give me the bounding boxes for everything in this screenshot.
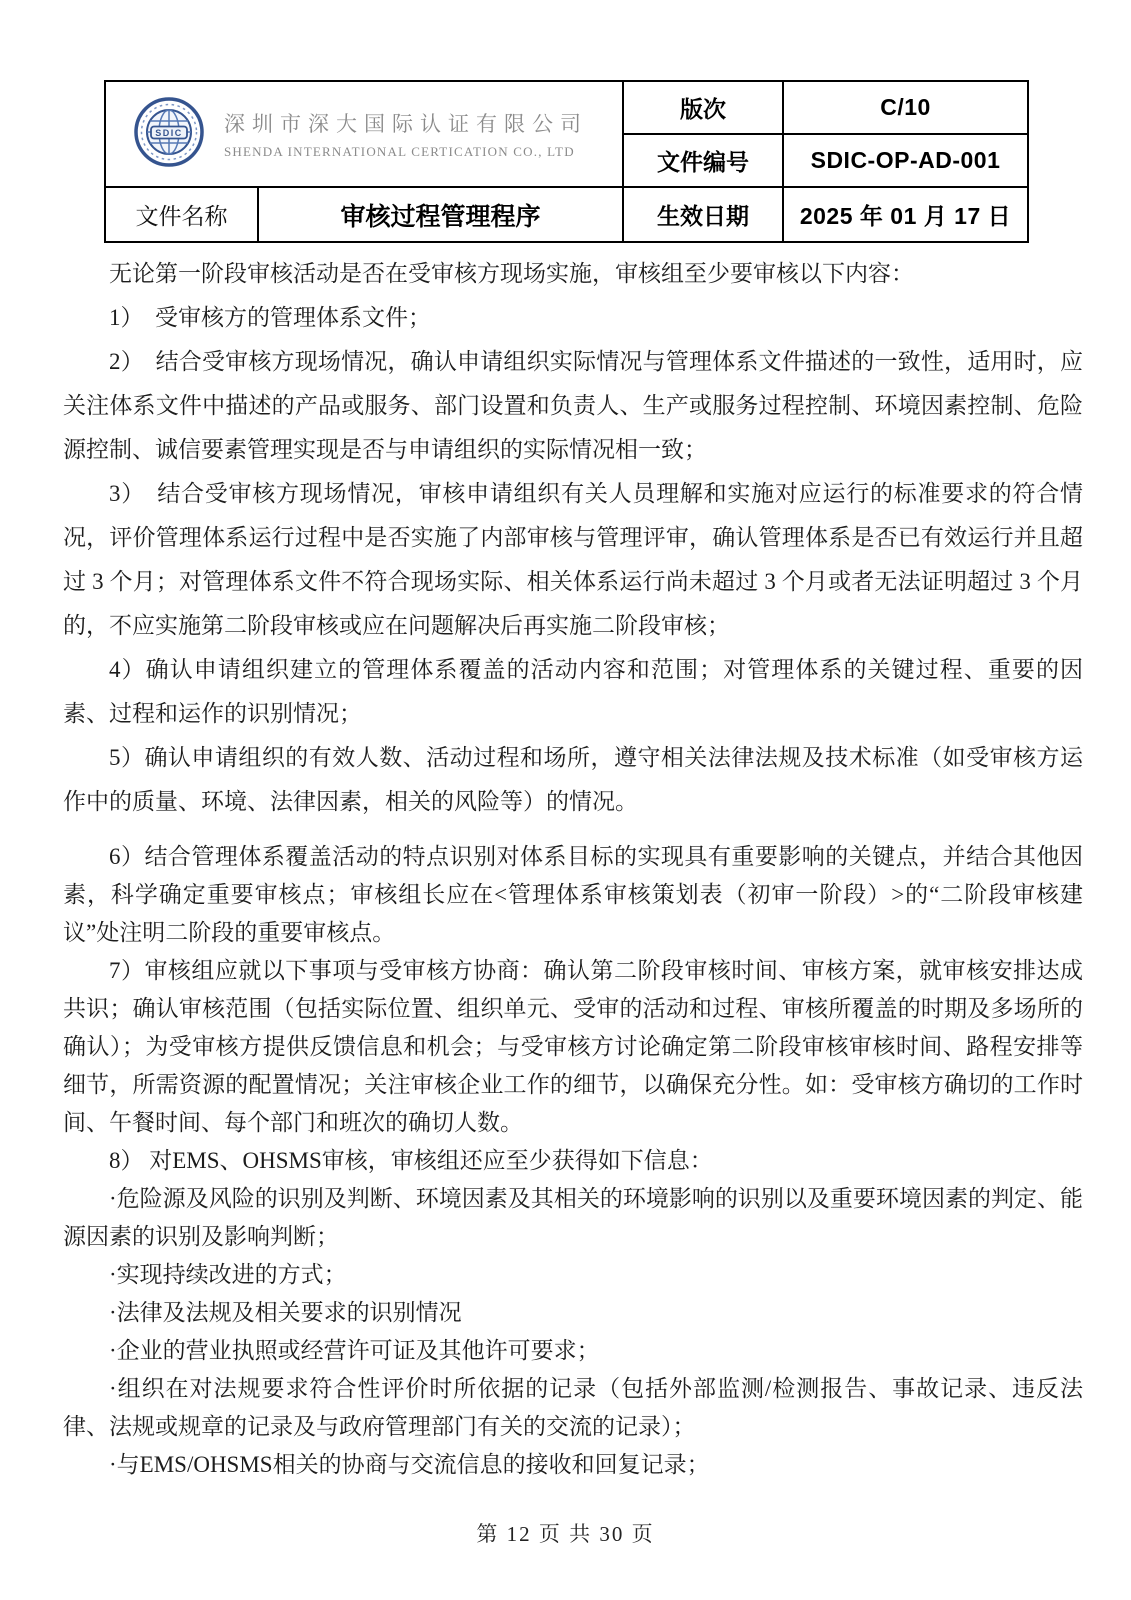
bullet-item-6: ·与EMS/OHSMS相关的协商与交流信息的接收和回复记录； xyxy=(63,1446,1083,1484)
version-label: 版次 xyxy=(623,81,783,134)
document-header-table: SDIC 深圳市深大国际认证有限公司 SHENDA INTERNATIONAL … xyxy=(104,80,1029,243)
company-brand-cell: SDIC 深圳市深大国际认证有限公司 SHENDA INTERNATIONAL … xyxy=(105,81,623,187)
globe-icon: SDIC xyxy=(132,95,206,174)
list-item-1: 1） 受审核方的管理体系文件； xyxy=(63,296,1083,340)
doc-title: 审核过程管理程序 xyxy=(258,187,623,242)
list-item-4: 4）确认申请组织建立的管理体系覆盖的活动内容和范围；对管理体系的关键过程、重要的… xyxy=(63,648,1083,736)
intro-paragraph: 无论第一阶段审核活动是否在受审核方现场实施，审核组至少要审核以下内容： xyxy=(63,252,1083,296)
doc-number-label: 文件编号 xyxy=(623,134,783,187)
company-name-en: SHENDA INTERNATIONAL CERTICATION CO., LT… xyxy=(224,144,588,160)
company-brand: SDIC 深圳市深大国际认证有限公司 SHENDA INTERNATIONAL … xyxy=(106,95,622,174)
list-item-5: 5）确认申请组织的有效人数、活动过程和场所，遵守相关法律法规及技术标准（如受审核… xyxy=(63,736,1083,824)
company-name-cn: 深圳市深大国际认证有限公司 xyxy=(224,108,588,138)
list-item-8: 8） 对EMS、OHSMS审核，审核组还应至少获得如下信息： xyxy=(63,1142,1083,1180)
document-page: SDIC 深圳市深大国际认证有限公司 SHENDA INTERNATIONAL … xyxy=(0,0,1131,1600)
bullet-item-5: ·组织在对法规要求符合性评价时所依据的记录（包括外部监测/检测报告、事故记录、违… xyxy=(63,1370,1083,1446)
logo-text: SDIC xyxy=(155,128,183,138)
list-item-2: 2） 结合受审核方现场情况，确认申请组织实际情况与管理体系文件描述的一致性，适用… xyxy=(63,340,1083,472)
bullet-item-1: ·危险源及风险的识别及判断、环境因素及其相关的环境影响的识别以及重要环境因素的判… xyxy=(63,1180,1083,1256)
page-number: 第 12 页 共 30 页 xyxy=(0,1518,1131,1548)
doc-number-value: SDIC-OP-AD-001 xyxy=(783,134,1028,187)
doc-name-label: 文件名称 xyxy=(105,187,258,242)
bullet-item-4: ·企业的营业执照或经营许可证及其他许可要求； xyxy=(63,1332,1083,1370)
version-value: C/10 xyxy=(783,81,1028,134)
effective-date-value: 2025 年 01 月 17 日 xyxy=(783,187,1028,242)
list-item-7: 7）审核组应就以下事项与受审核方协商：确认第二阶段审核时间、审核方案，就审核安排… xyxy=(63,952,1083,1142)
document-body: 无论第一阶段审核活动是否在受审核方现场实施，审核组至少要审核以下内容： 1） 受… xyxy=(63,252,1083,1484)
list-item-3: 3） 结合受审核方现场情况，审核申请组织有关人员理解和实施对应运行的标准要求的符… xyxy=(63,472,1083,648)
effective-date-label: 生效日期 xyxy=(623,187,783,242)
bullet-item-2: ·实现持续改进的方式； xyxy=(63,1256,1083,1294)
bullet-item-3: ·法律及法规及相关要求的识别情况 xyxy=(63,1294,1083,1332)
list-item-6: 6）结合管理体系覆盖活动的特点识别对体系目标的实现具有重要影响的关键点，并结合其… xyxy=(63,838,1083,952)
company-name-block: 深圳市深大国际认证有限公司 SHENDA INTERNATIONAL CERTI… xyxy=(224,108,588,160)
